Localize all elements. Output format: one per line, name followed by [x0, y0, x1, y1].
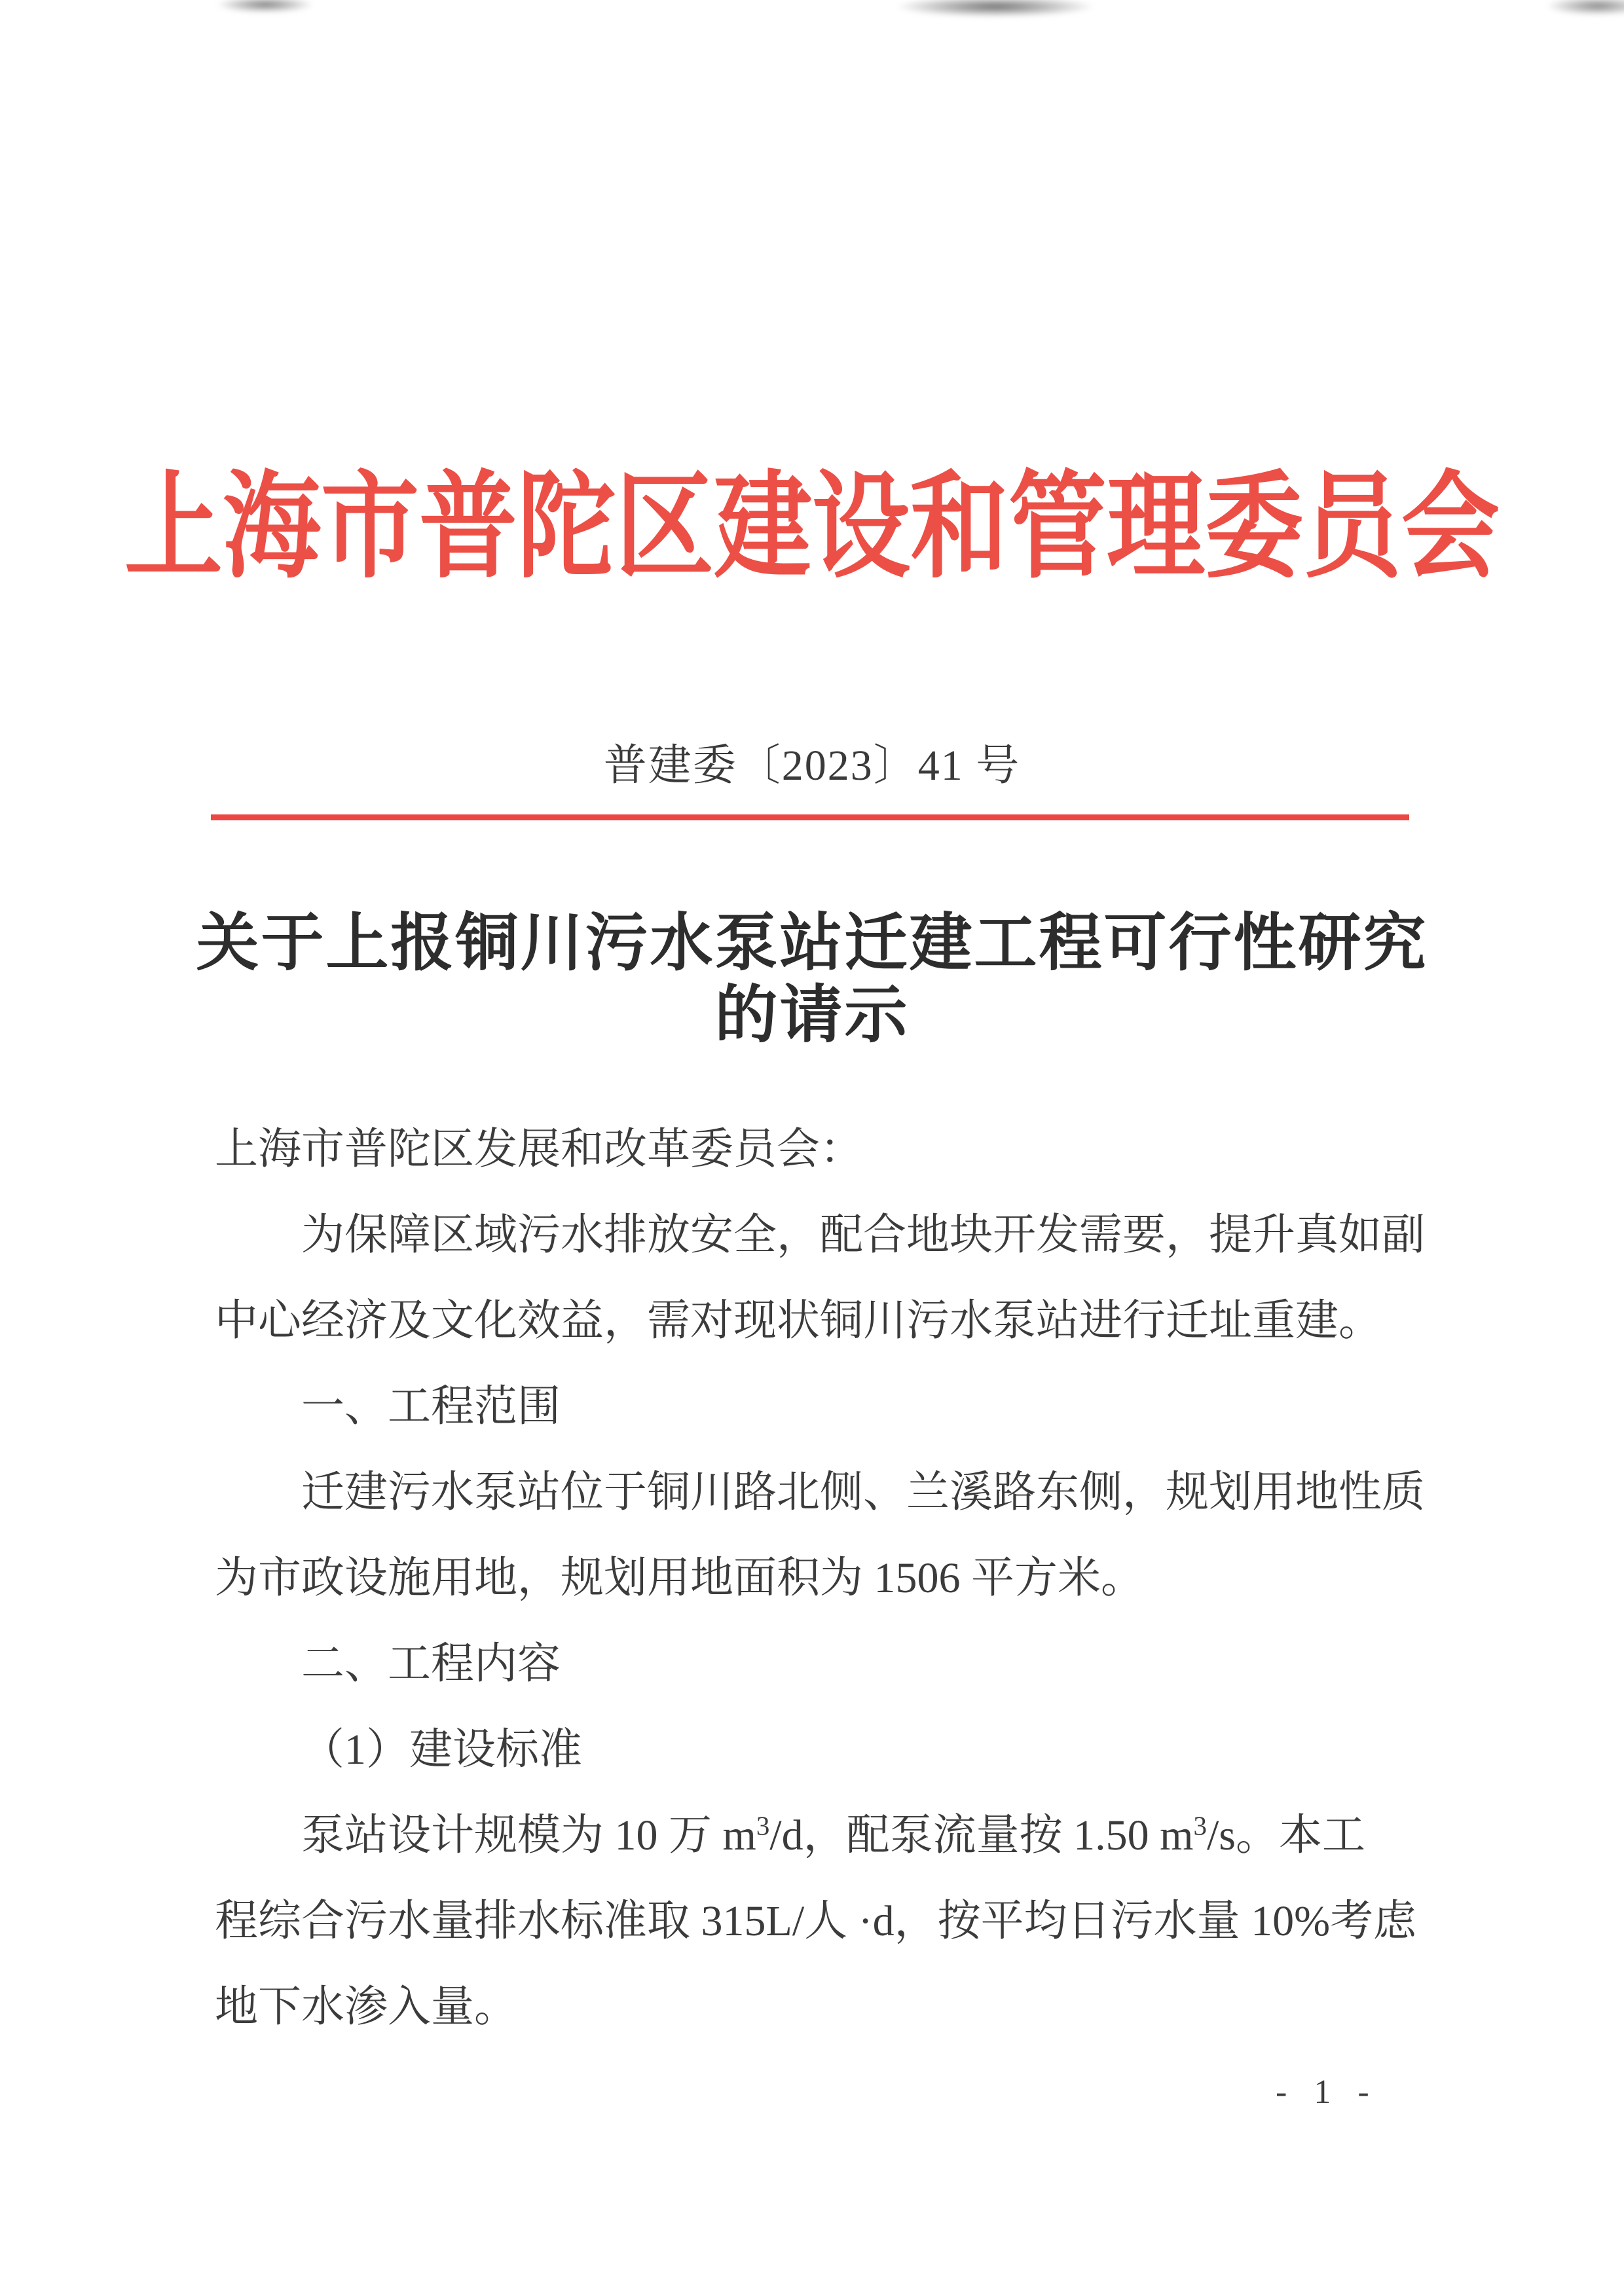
body-line: 为市政设施用地，规划用地面积为 1506 平方米。: [215, 1535, 1482, 1621]
body-line: 泵站设计规模为 10 万 m3/d，配泵流量按 1.50 m3/s。本工: [215, 1793, 1482, 1878]
body-line-segment: 泵站设计规模为 10 万 m: [301, 1812, 756, 1859]
document-title-line1: 关于上报铜川污水泵站迁建工程可行性研究: [0, 907, 1624, 979]
body-line-segment: /d，配泵流量按 1.50 m: [769, 1812, 1193, 1859]
doc-number: 普建委〔2023〕41 号: [0, 740, 1624, 792]
body-line: 为保障区域污水排放安全，配合地块开发需要，提升真如副: [215, 1192, 1482, 1278]
scan-artifact-right: [1545, 0, 1624, 16]
scan-artifact-center: [897, 0, 1094, 17]
document-body: 上海市普陀区发展和改革委员会： 为保障区域污水排放安全，配合地块开发需要，提升真…: [215, 1106, 1482, 2050]
body-line: 地下水渗入量。: [215, 1964, 1482, 2050]
red-header-rule: [211, 814, 1409, 820]
document-page: 上海市普陀区建设和管理委员会 普建委〔2023〕41 号 关于上报铜川污水泵站迁…: [0, 0, 1624, 2296]
document-title: 关于上报铜川污水泵站迁建工程可行性研究 的请示: [0, 907, 1624, 1051]
org-title: 上海市普陀区建设和管理委员会: [0, 470, 1624, 586]
section-heading-2: 二、工程内容: [215, 1621, 1482, 1707]
superscript-cubed: 3: [756, 1812, 769, 1841]
body-line-segment: /s。本工: [1207, 1812, 1365, 1859]
section-heading-1: 一、工程范围: [215, 1364, 1482, 1449]
subsection-heading: （1）建设标准: [215, 1707, 1482, 1793]
body-line: 迁建污水泵站位于铜川路北侧、兰溪路东侧，规划用地性质: [215, 1449, 1482, 1535]
document-title-line2: 的请示: [0, 979, 1624, 1051]
superscript-cubed: 3: [1193, 1812, 1206, 1841]
body-line: 中心经济及文化效益，需对现状铜川污水泵站进行迁址重建。: [215, 1278, 1482, 1364]
body-line: 程综合污水量排水标准取 315L/人 ·d，按平均日污水量 10%考虑: [215, 1878, 1482, 1964]
page-number: - 1 -: [1276, 2073, 1378, 2112]
scan-artifact-left: [216, 0, 314, 13]
salutation: 上海市普陀区发展和改革委员会：: [215, 1106, 1482, 1192]
